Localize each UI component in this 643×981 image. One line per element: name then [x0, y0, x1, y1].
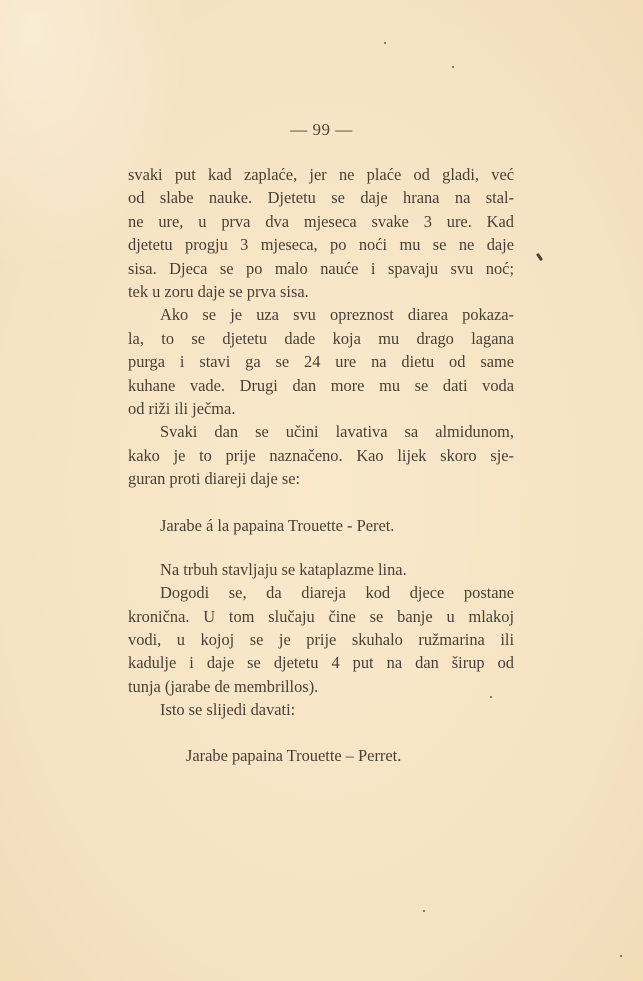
text-line: kronična. U tom slučaju čine se banje u …: [128, 605, 514, 628]
text-line: djetetu progju 3 mjeseca, po noći mu se …: [128, 233, 514, 256]
paragraph-start-line: Na trbuh stavljaju se kataplazme lina.: [128, 558, 514, 581]
text-line: kuhane vade. Drugi dan more mu se dati v…: [128, 374, 514, 397]
text-line: kako je to prije naznačeno. Kao lijek sk…: [128, 444, 514, 467]
text-line: tek u zoru daje se prva sisa.: [128, 280, 514, 303]
text-line: guran proti diareji daje se:: [128, 467, 514, 490]
text-line: od riži ili ječma.: [128, 397, 514, 420]
prescription-line-1: Jarabe á la papaina Trouette - Peret.: [128, 514, 514, 537]
text-line: tunja (jarabe de membrillos).: [128, 675, 514, 698]
paper-speck: [452, 66, 454, 68]
prescription-line-2: Jarabe papaina Trouette – Perret.: [128, 744, 514, 767]
text-line: sisa. Djeca se po malo nauće i spavaju s…: [128, 257, 514, 280]
paper-speck: [620, 955, 622, 957]
paragraph-start-line: Dogodi se, da diareja kod djece postane: [128, 581, 514, 604]
ink-mark: [536, 253, 543, 261]
text-line: svaki put kad zaplaće, jer ne plaće od g…: [128, 163, 514, 186]
paper-speck: [423, 910, 425, 912]
text-line: purga i stavi ga se 24 ure na dietu od s…: [128, 350, 514, 373]
paragraph-start-line: Svaki dan se učini lavativa sa almidunom…: [128, 420, 514, 443]
text-line: ne ure, u prva dva mjeseca svake 3 ure. …: [128, 210, 514, 233]
text-line: la, to se djetetu dade koja mu drago lag…: [128, 327, 514, 350]
paragraph-start-line: Ako se je uza svu opreznost diarea pokaz…: [128, 303, 514, 326]
text-line: od slabe nauke. Djetetu se daje hrana na…: [128, 186, 514, 209]
paper-speck: [384, 42, 386, 44]
paper-speck: [490, 696, 492, 698]
text-line: kadulje i daje se djetetu 4 put na dan š…: [128, 651, 514, 674]
page-number: — 99 —: [0, 120, 643, 140]
page-body: svaki put kad zaplaće, jer ne plaće od g…: [128, 163, 514, 767]
paragraph-start-line: Isto se slijedi davati:: [128, 698, 514, 721]
book-page: — 99 — svaki put kad zaplaće, jer ne pla…: [0, 0, 643, 981]
text-line: vodi, u kojoj se je prije skuhalo ružmar…: [128, 628, 514, 651]
